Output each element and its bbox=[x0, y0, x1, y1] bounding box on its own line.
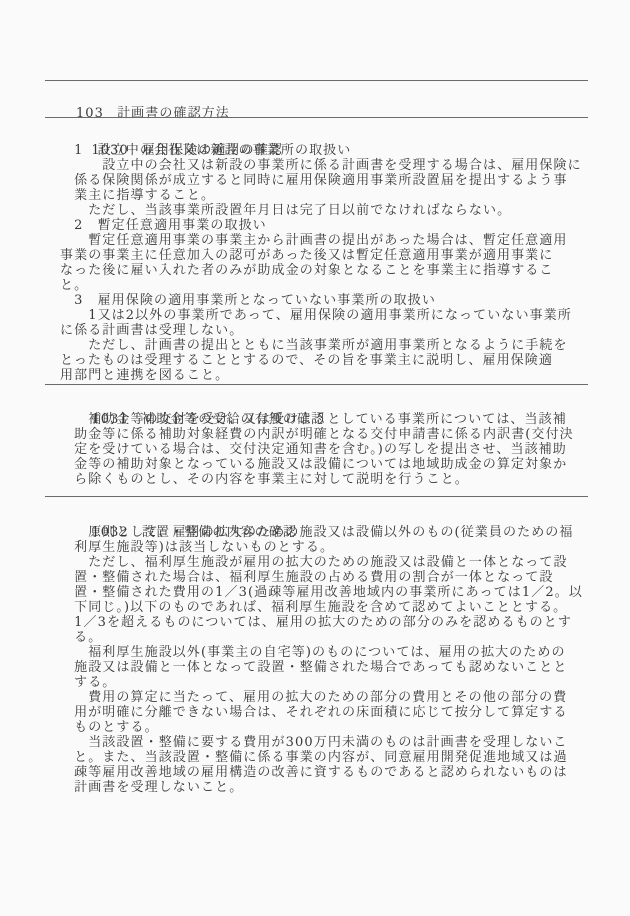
text-line: ものとする。 bbox=[60, 720, 583, 735]
chapter-number: 103 bbox=[76, 106, 104, 121]
section-heading: 1032設置・整備の内容の確認 bbox=[60, 510, 583, 525]
text-line: 1又は2以外の事業所であって、雇用保険の適用事業所になっていない事業所 bbox=[60, 308, 582, 323]
text-line: ただし、計画書の提出とともに当該事業所が適用事業所となるように手続を bbox=[60, 338, 582, 353]
horizontal-rule-header-bottom bbox=[45, 117, 588, 118]
text-line: 疎等雇用改善地域の雇用構造の改善に資するものであると認められないものは bbox=[60, 765, 583, 780]
section-body: 補助金等の交付を受け、又は受けようとしている事業所については、当該補 助金等に係… bbox=[60, 412, 574, 487]
text-line: とったものは受理することとするので、その旨を事業主に説明し、雇用保険適 bbox=[60, 353, 582, 368]
text-line: 設立中の会社又は新設の事業所に係る計画書を受理する場合は、雇用保険に bbox=[60, 158, 582, 173]
section-heading: 1031補助金等の受給の有無の確認 bbox=[60, 397, 574, 412]
text-line: 補助金等の交付を受け、又は受けようとしている事業所については、当該補 bbox=[60, 412, 574, 427]
text-line: 利厚生施設等)は該当しないものとする。 bbox=[60, 540, 583, 555]
text-line: 原則として、雇用の拡大のための施設又は設備以外のもの(従業員のための福 bbox=[60, 525, 583, 540]
text-line: 1／3を超えるものについては、雇用の拡大のための部分のみを認めるものとす bbox=[60, 615, 583, 630]
text-line: ただし、福利厚生施設が雇用の拡大のための施設又は設備と一体となって設 bbox=[60, 555, 583, 570]
document-page: 103計画書の確認方法 1030雇用保険の適用の確認 1 設立中の会社又は新設の… bbox=[0, 0, 630, 916]
horizontal-rule-header-top bbox=[45, 80, 588, 81]
section-body: 原則として、雇用の拡大のための施設又は設備以外のもの(従業員のための福 利厚生施… bbox=[60, 525, 583, 795]
text-line: ら除くものとし、その内容を事業主に対して説明を行うこと。 bbox=[60, 472, 574, 487]
text-line: 置・整備された場合は、福利厚生施設の占める費用の割合が一体となって設 bbox=[60, 570, 583, 585]
text-line: 施設又は設備と一体となって設置・整備された場合であっても認めないことと bbox=[60, 660, 583, 675]
text-line: 金等の補助対象となっている施設又は設備については地域助成金の算定対象か bbox=[60, 457, 574, 472]
text-line: 用が明確に分離できない場合は、それぞれの床面積に応じて按分して算定する bbox=[60, 705, 583, 720]
text-line: 費用の算定に当たって、雇用の拡大のための部分の費用とその他の部分の費 bbox=[60, 690, 583, 705]
text-line: 事業の事業主に任意加入の認可があった後又は暫定任意適用事業が適用事業に bbox=[60, 248, 582, 263]
text-line: 用部門と連携を図ること。 bbox=[60, 368, 582, 383]
text-line: 係る保険関係が成立すると同時に雇用保険適用事業所設置届を提出するよう事 bbox=[60, 173, 582, 188]
text-line: と。 bbox=[60, 278, 582, 293]
chapter-title: 計画書の確認方法 bbox=[117, 106, 230, 121]
text-line: に係る計画書は受理しない。 bbox=[60, 323, 582, 338]
text-line: ただし、当該事業所設置年月日は完了日以前でなければならない。 bbox=[60, 203, 582, 218]
text-line: する。 bbox=[60, 675, 583, 690]
text-line: 業主に指導すること。 bbox=[60, 188, 582, 203]
section-1030: 1030雇用保険の適用の確認 1 設立中の会社又は新設の事業所の取扱い 設立中の… bbox=[60, 128, 582, 383]
section-1032: 1032設置・整備の内容の確認 原則として、雇用の拡大のための施設又は設備以外の… bbox=[60, 510, 583, 795]
text-line: 1 設立中の会社又は新設の事業所の取扱い bbox=[60, 143, 582, 158]
section-1031: 1031補助金等の受給の有無の確認 補助金等の交付を受け、又は受けようとしている… bbox=[60, 397, 574, 487]
text-line: 定を受けている場合は、交付決定通知書を含む。)の写しを提出させ、当該補助 bbox=[60, 442, 574, 457]
text-line: 下同じ。)以下のものであれば、福利厚生施設を含めて認めてよいこととする。 bbox=[60, 600, 583, 615]
text-line: る。 bbox=[60, 630, 583, 645]
text-line: 計画書を受理しないこと。 bbox=[60, 780, 583, 795]
text-line: 当該設置・整備に要する費用が300万円未満のものは計画書を受理しないこ bbox=[60, 735, 583, 750]
section-body: 1 設立中の会社又は新設の事業所の取扱い 設立中の会社又は新設の事業所に係る計画… bbox=[60, 143, 582, 383]
horizontal-rule-section-divider-2 bbox=[45, 496, 588, 497]
text-line: なった後に雇い入れた者のみが助成金の対象となることを事業主に指導するこ bbox=[60, 263, 582, 278]
text-line: 福利厚生施設以外(事業主の自宅等)のものについては、雇用の拡大のための bbox=[60, 645, 583, 660]
horizontal-rule-section-divider-1 bbox=[45, 384, 588, 385]
text-line: 3 雇用保険の適用事業所となっていない事業所の取扱い bbox=[60, 293, 582, 308]
text-line: 助金等に係る補助対象経費の内訳が明確となる交付申請書に係る内訳書(交付決 bbox=[60, 427, 574, 442]
section-heading: 1030雇用保険の適用の確認 bbox=[60, 128, 582, 143]
text-line: 2 暫定任意適用事業の取扱い bbox=[60, 218, 582, 233]
text-line: と。また、当該設置・整備に係る事業の内容が、同意雇用開発促進地域又は過 bbox=[60, 750, 583, 765]
text-line: 暫定任意適用事業の事業主から計画書の提出があった場合は、暫定任意適用 bbox=[60, 233, 582, 248]
text-line: 置・整備された費用の1／3(過疎等雇用改善地域内の事業所にあっては1／2。以 bbox=[60, 585, 583, 600]
